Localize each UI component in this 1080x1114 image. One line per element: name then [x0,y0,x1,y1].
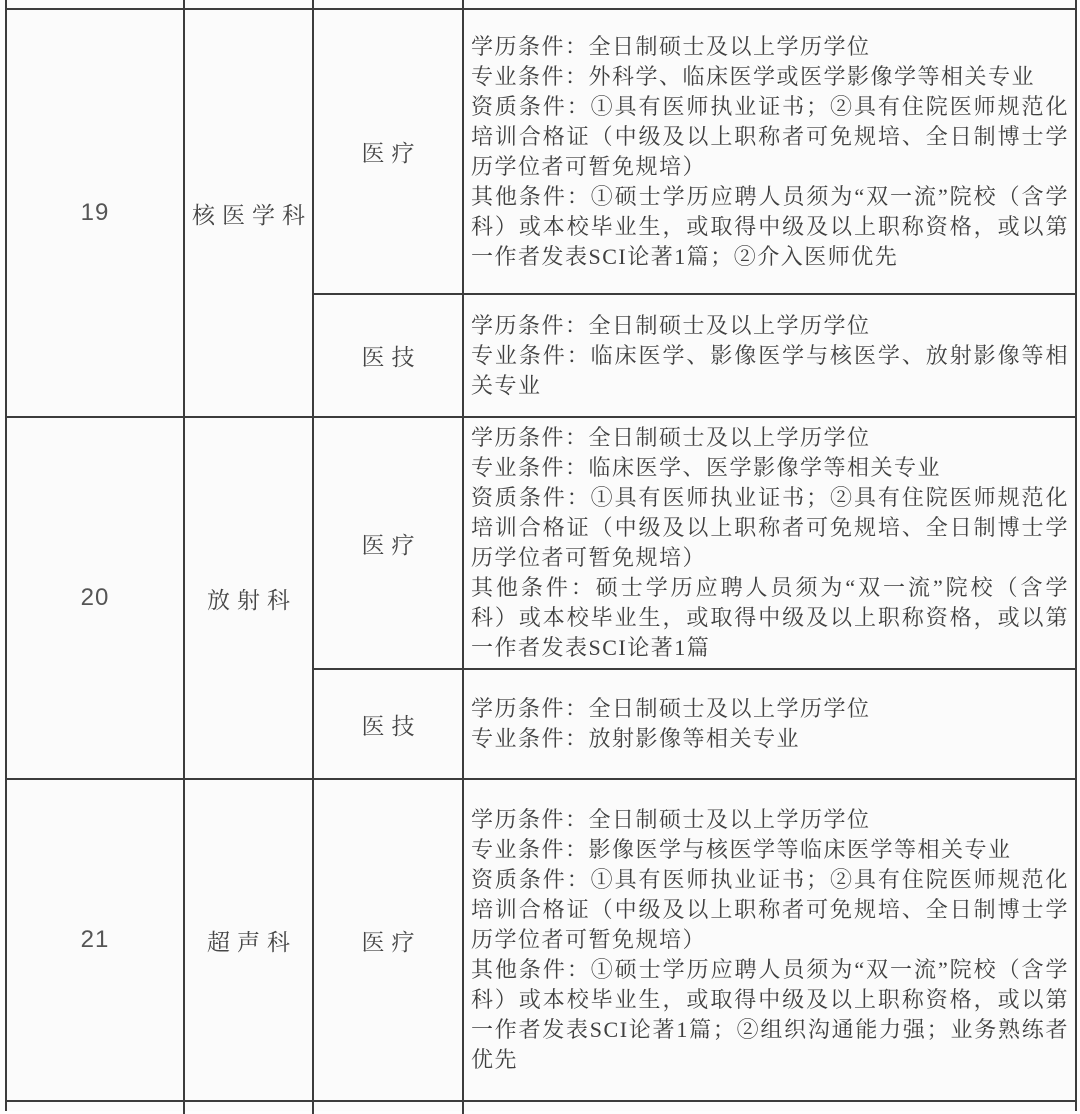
partial-cell [7,1102,185,1111]
department-cell: 核医学科 [185,10,314,416]
position-row: 医疗 学历条件：全日制硕士及以上学历学位 专业条件：外科学、临床医学或医学影像学… [314,10,1075,293]
department-name: 超声科 [200,924,297,957]
recruitment-table: 19 核医学科 医疗 学历条件：全日制硕士及以上学历学位 专业条件：外科学、临床… [5,0,1077,1111]
position-type-cell: 医技 [314,670,464,778]
department-name: 放射科 [200,582,297,615]
position-row: 医疗 学历条件：全日制硕士及以上学历学位 专业条件：临床医学、医学影像学等相关专… [314,418,1075,668]
table-row: 19 核医学科 医疗 学历条件：全日制硕士及以上学历学位 专业条件：外科学、临床… [7,8,1075,416]
requirements-cell: 学历条件：全日制硕士及以上学历学位 专业条件：放射影像等相关专业 [464,670,1075,778]
row-number-cell: 21 [7,780,185,1100]
partial-cell [464,1102,1075,1111]
requirements-cell: 学历条件：全日制硕士及以上学历学位 专业条件：外科学、临床医学或医学影像学等相关… [464,10,1075,293]
position-type: 医疗 [355,135,422,168]
requirement-item: 资质条件：①具有医师执业证书；②具有住院医师规范化培训合格证（中级及以上职称者可… [471,865,1069,955]
position-type: 医技 [355,708,422,741]
requirement-item: 专业条件：外科学、临床医学或医学影像学等相关专业 [471,62,1069,92]
requirement-item: 资质条件：①具有医师执业证书；②具有住院医师规范化培训合格证（中级及以上职称者可… [471,92,1069,182]
partial-cell [7,0,185,8]
table-row: 20 放射科 医疗 学历条件：全日制硕士及以上学历学位 专业条件：临床医学、医学… [7,416,1075,778]
row-number: 20 [81,584,110,612]
requirement-item: 学历条件：全日制硕士及以上学历学位 [471,805,1069,835]
row-number-cell: 20 [7,418,185,778]
requirement-item: 学历条件：全日制硕士及以上学历学位 [471,423,1069,453]
requirement-item: 专业条件：放射影像等相关专业 [471,724,1069,754]
partial-cell [185,0,314,8]
partial-row-top [7,0,1075,8]
position-type: 医疗 [355,924,422,957]
requirement-item: 专业条件：临床医学、医学影像学等相关专业 [471,453,1069,483]
department-cell: 超声科 [185,780,314,1100]
requirement-item: 资质条件：①具有医师执业证书；②具有住院医师规范化培训合格证（中级及以上职称者可… [471,483,1069,573]
requirements-cell: 学历条件：全日制硕士及以上学历学位 专业条件：影像医学与核医学等临床医学等相关专… [464,780,1075,1100]
positions-group: 医疗 学历条件：全日制硕士及以上学历学位 专业条件：影像医学与核医学等临床医学等… [314,780,1075,1100]
position-type: 医疗 [355,527,422,560]
requirement-item: 其他条件：①硕士学历应聘人员须为“双一流”院校（含学科）或本校毕业生，或取得中级… [471,182,1069,272]
position-type-cell: 医技 [314,295,464,416]
partial-row-bottom [7,1100,1075,1111]
requirement-item: 学历条件：全日制硕士及以上学历学位 [471,32,1069,62]
requirement-item: 专业条件：临床医学、影像医学与核医学、放射影像等相关专业 [471,341,1069,401]
position-row: 医疗 学历条件：全日制硕士及以上学历学位 专业条件：影像医学与核医学等临床医学等… [314,780,1075,1100]
position-row: 医技 学历条件：全日制硕士及以上学历学位 专业条件：临床医学、影像医学与核医学、… [314,293,1075,416]
department-cell: 放射科 [185,418,314,778]
table-row: 21 超声科 医疗 学历条件：全日制硕士及以上学历学位 专业条件：影像医学与核医… [7,778,1075,1100]
position-type-cell: 医疗 [314,418,464,668]
partial-cell [314,0,464,8]
position-row: 医技 学历条件：全日制硕士及以上学历学位 专业条件：放射影像等相关专业 [314,668,1075,778]
positions-group: 医疗 学历条件：全日制硕士及以上学历学位 专业条件：临床医学、医学影像学等相关专… [314,418,1075,778]
partial-cell [185,1102,314,1111]
requirement-item: 专业条件：影像医学与核医学等临床医学等相关专业 [471,835,1069,865]
row-number-cell: 19 [7,10,185,416]
position-type: 医技 [355,339,422,372]
requirement-item: 学历条件：全日制硕士及以上学历学位 [471,311,1069,341]
position-type-cell: 医疗 [314,10,464,293]
row-number: 19 [81,199,110,227]
positions-group: 医疗 学历条件：全日制硕士及以上学历学位 专业条件：外科学、临床医学或医学影像学… [314,10,1075,416]
department-name: 核医学科 [185,197,312,230]
position-type-cell: 医疗 [314,780,464,1100]
requirements-cell: 学历条件：全日制硕士及以上学历学位 专业条件：临床医学、影像医学与核医学、放射影… [464,295,1075,416]
row-number: 21 [81,926,110,954]
partial-cell [314,1102,464,1111]
requirement-item: 其他条件：①硕士学历应聘人员须为“双一流”院校（含学科）或本校毕业生，或取得中级… [471,955,1069,1075]
requirement-item: 学历条件：全日制硕士及以上学历学位 [471,694,1069,724]
requirements-cell: 学历条件：全日制硕士及以上学历学位 专业条件：临床医学、医学影像学等相关专业 资… [464,418,1075,668]
requirement-item: 其他条件：硕士学历应聘人员须为“双一流”院校（含学科）或本校毕业生，或取得中级及… [471,573,1069,663]
